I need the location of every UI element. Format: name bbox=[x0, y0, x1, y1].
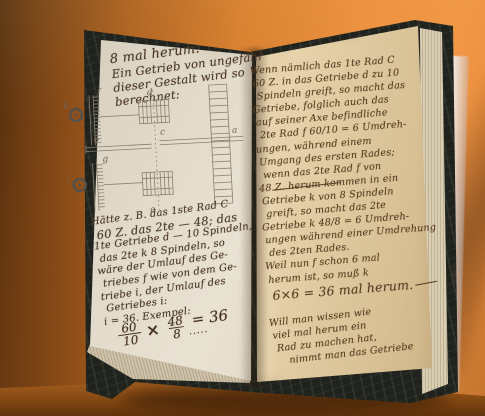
axle-a-line bbox=[159, 136, 243, 144]
right-page-text: Wenn nämlich das 1te Rad C 60 Z. in das … bbox=[251, 52, 436, 366]
diagram-label-a: a bbox=[232, 126, 238, 136]
denominator: 8 bbox=[168, 326, 185, 341]
diagram-label-c: c bbox=[160, 127, 166, 137]
underline-dots: ..... bbox=[188, 325, 209, 338]
diagram-label-i: i bbox=[66, 175, 70, 185]
diagram-label-b: b bbox=[93, 135, 100, 145]
multiply-sign: × bbox=[145, 319, 161, 340]
rack-f-assembly bbox=[69, 93, 141, 147]
diagram-label-k: k bbox=[63, 101, 69, 111]
diagram-label-f: f bbox=[96, 88, 103, 98]
diagram-label-d: d bbox=[147, 88, 154, 98]
photo-of-open-notebook: 8 mal herum. Ein Getrieb von ungefähr di… bbox=[0, 0, 485, 416]
fraction-60-over-10: 60 10 bbox=[117, 321, 143, 348]
left-page-body: Hätte z. B. das 1ste Rad C 60 Z. das 2te… bbox=[90, 196, 263, 329]
rack-g-assembly bbox=[73, 161, 144, 213]
fraction-48-over-8: 48 8 bbox=[163, 315, 189, 342]
diagram-label-g: g bbox=[102, 154, 109, 164]
